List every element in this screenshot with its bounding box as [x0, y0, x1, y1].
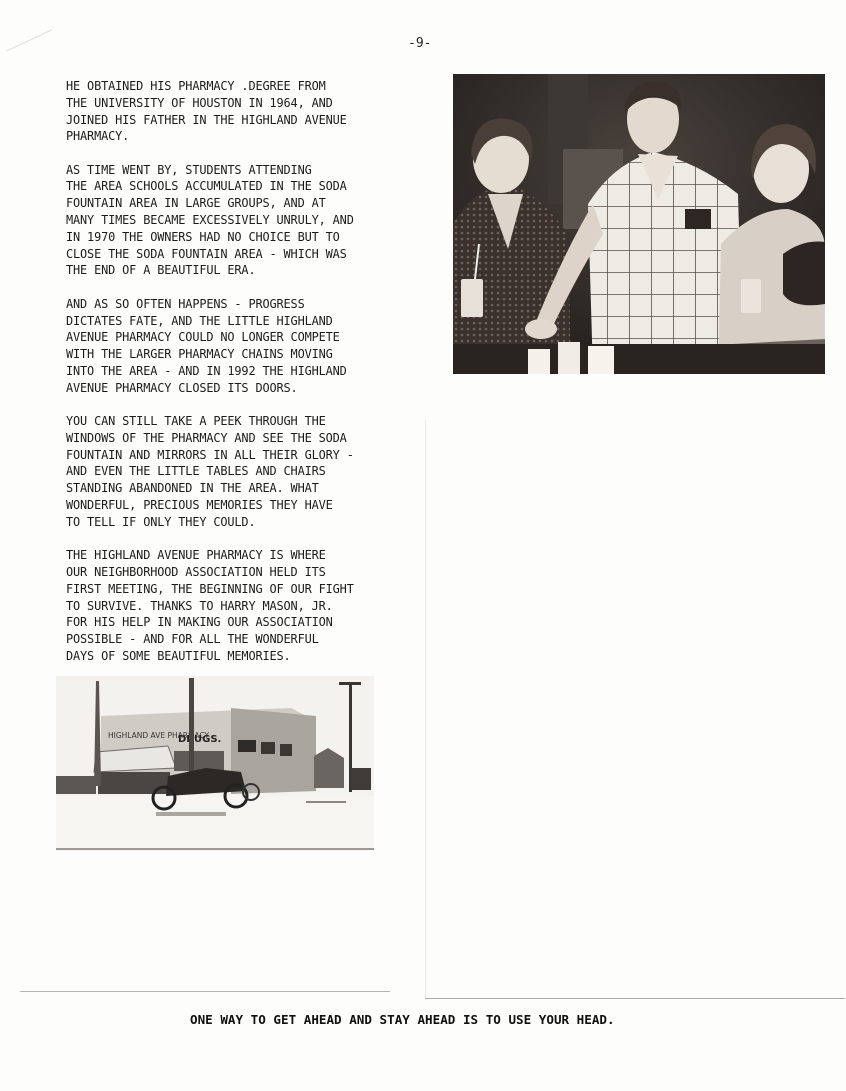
- bottom-left-rule: [20, 991, 390, 992]
- footer-quote: ONE WAY TO GET AHEAD AND STAY AHEAD IS T…: [190, 1012, 615, 1027]
- paragraph-students: AS TIME WENT BY, STUDENTS ATTENDING THE …: [66, 162, 392, 280]
- drugs-sign-text: DRUGS.: [178, 734, 221, 745]
- page-number: -9-: [408, 36, 431, 51]
- article-column: HE OBTAINED HIS PHARMACY .DEGREE FROM TH…: [66, 78, 406, 681]
- pharmacy-building-photo: HIGHLAND AVE PHARMACY DRUGS.: [56, 676, 374, 851]
- bottom-right-rule: [425, 998, 845, 999]
- scan-artifact: [6, 29, 52, 51]
- paragraph-association: THE HIGHLAND AVENUE PHARMACY IS WHERE OU…: [66, 547, 392, 665]
- paragraph-peek: YOU CAN STILL TAKE A PEEK THROUGH THE WI…: [66, 413, 392, 531]
- paragraph-degree: HE OBTAINED HIS PHARMACY .DEGREE FROM TH…: [66, 78, 392, 145]
- paragraph-progress: AND AS SO OFTEN HAPPENS - PROGRESS DICTA…: [66, 296, 392, 397]
- column-divider: [425, 420, 426, 1000]
- soda-fountain-photo: [453, 74, 825, 374]
